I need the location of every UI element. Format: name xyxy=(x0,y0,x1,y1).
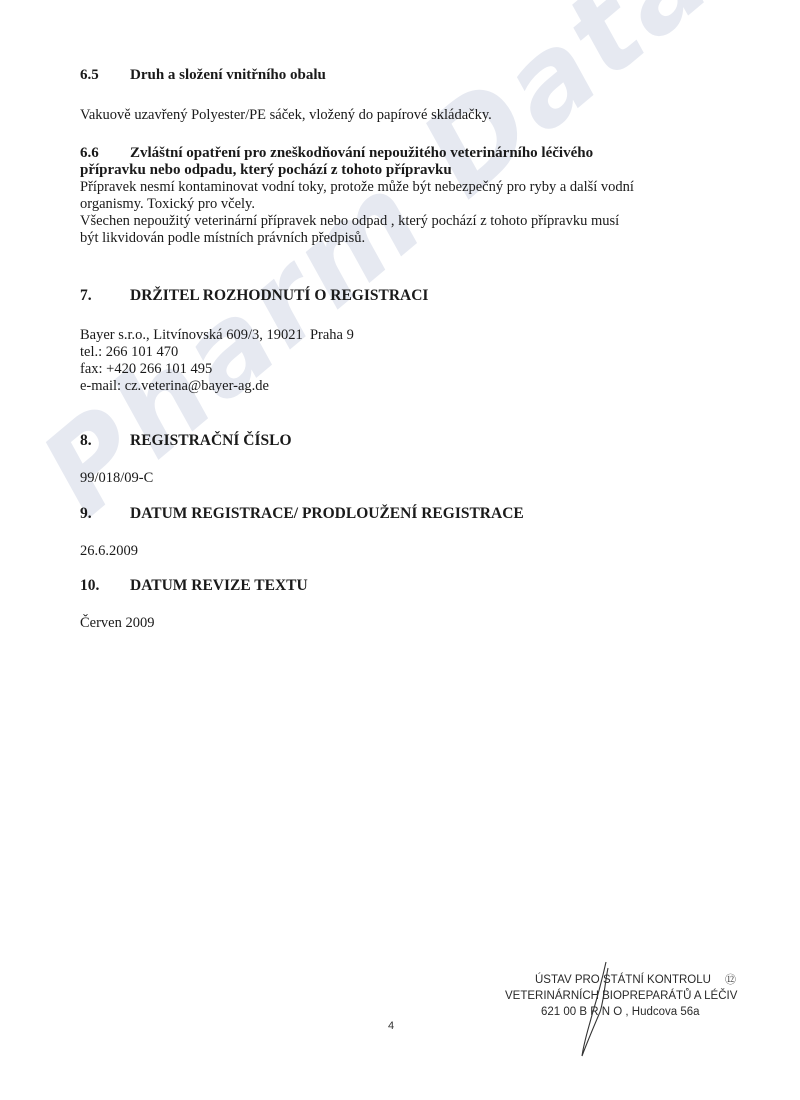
section-number: 6.5 xyxy=(80,67,130,84)
official-stamp: ÚSTAV PRO STÁTNÍ KONTROLU⑫ VETERINÁRNÍCH… xyxy=(505,972,765,1020)
section-6-6: 6.6 Zvláštní opatření pro zneškodňování … xyxy=(80,145,740,247)
section-number: 10. xyxy=(80,577,130,594)
section-6-5-body: Vakuově uzavřený Polyester/PE sáček, vlo… xyxy=(80,107,492,124)
section-title: DATUM REVIZE TEXTU xyxy=(130,577,308,594)
body-line: Přípravek nesmí kontaminovat vodní toky,… xyxy=(80,179,740,196)
registration-date: 26.6.2009 xyxy=(80,543,138,560)
section-number: 6.6 xyxy=(80,145,130,162)
section-number: 9. xyxy=(80,505,130,522)
section-6-6-heading-cont: přípravku nebo odpadu, který pochází z t… xyxy=(80,162,740,179)
section-9-heading: 9. DATUM REGISTRACE/ PRODLOUŽENÍ REGISTR… xyxy=(80,505,524,522)
section-6-6-heading: 6.6 Zvláštní opatření pro zneškodňování … xyxy=(80,145,740,162)
section-title: DRŽITEL ROZHODNUTÍ O REGISTRACI xyxy=(130,287,428,304)
revision-date: Červen 2009 xyxy=(80,615,155,632)
stamp-line-3: 621 00 B R N O , Hudcova 56a xyxy=(505,1004,765,1020)
holder-address: Bayer s.r.o., Litvínovská 609/3, 19021 P… xyxy=(80,327,354,344)
section-title: DATUM REGISTRACE/ PRODLOUŽENÍ REGISTRACE xyxy=(130,505,524,522)
section-title-line-2: přípravku nebo odpadu, který pochází z t… xyxy=(80,162,452,179)
body-line: být likvidován podle místních právních p… xyxy=(80,230,740,247)
stamp-line-1: ÚSTAV PRO STÁTNÍ KONTROLU⑫ xyxy=(505,972,765,988)
stamp-line-2: VETERINÁRNÍCH BIOPREPARÁTŮ A LÉČIV xyxy=(505,988,765,1004)
signature-icon xyxy=(578,960,618,1060)
stamp-number-icon: ⑫ xyxy=(725,972,736,988)
section-number: 7. xyxy=(80,287,130,304)
section-6-5-heading: 6.5 Druh a složení vnitřního obalu xyxy=(80,67,326,84)
section-title: Druh a složení vnitřního obalu xyxy=(130,67,326,84)
section-8-heading: 8. REGISTRAČNÍ ČÍSLO xyxy=(80,432,292,449)
holder-email: e-mail: cz.veterina@bayer-ag.de xyxy=(80,378,354,395)
holder-fax: fax: +420 266 101 495 xyxy=(80,361,354,378)
registration-holder-details: Bayer s.r.o., Litvínovská 609/3, 19021 P… xyxy=(80,327,354,395)
section-number: 8. xyxy=(80,432,130,449)
holder-phone: tel.: 266 101 470 xyxy=(80,344,354,361)
registration-number: 99/018/09-C xyxy=(80,470,153,487)
section-10-heading: 10. DATUM REVIZE TEXTU xyxy=(80,577,308,594)
body-line: Všechen nepoužitý veterinární přípravek … xyxy=(80,213,740,230)
page-number: 4 xyxy=(388,1020,394,1032)
section-title: REGISTRAČNÍ ČÍSLO xyxy=(130,432,292,449)
section-7-heading: 7. DRŽITEL ROZHODNUTÍ O REGISTRACI xyxy=(80,287,428,304)
body-line: organismy. Toxický pro včely. xyxy=(80,196,740,213)
section-title-line-1: Zvláštní opatření pro zneškodňování nepo… xyxy=(130,145,593,162)
